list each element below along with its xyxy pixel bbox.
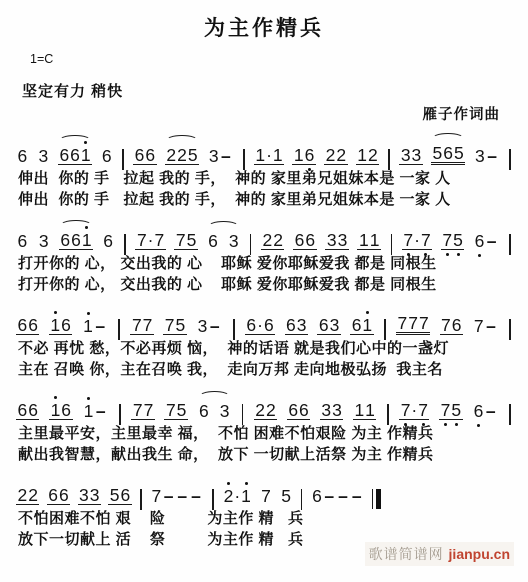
note-group: 16 bbox=[49, 316, 72, 335]
octave-dot-above bbox=[87, 312, 90, 315]
note-group: 22 bbox=[16, 486, 39, 505]
notes-row: 226633567–––2·1756––– bbox=[14, 471, 383, 507]
note-group: 66 bbox=[287, 401, 310, 420]
note-group: 75 bbox=[163, 316, 186, 335]
octave-dot-below bbox=[446, 253, 449, 256]
note-group: 7·7 bbox=[402, 231, 432, 250]
barline bbox=[509, 319, 511, 340]
note-group: 75 bbox=[164, 401, 187, 420]
note-group: 7––– bbox=[150, 487, 204, 505]
barline bbox=[119, 404, 121, 425]
note-group: 3 bbox=[37, 147, 50, 165]
note-group: 6·6 bbox=[245, 316, 275, 335]
note-group: 66 bbox=[47, 486, 70, 505]
note-group: 76 bbox=[440, 316, 463, 335]
octave-dot-above bbox=[227, 482, 230, 485]
barline bbox=[509, 404, 511, 425]
octave-dot-below bbox=[422, 423, 425, 426]
note-group: 75 bbox=[441, 231, 464, 250]
barline bbox=[509, 234, 511, 255]
octave-dot-below bbox=[455, 423, 458, 426]
note-group: 1·1 bbox=[254, 146, 284, 165]
note-group: 66 bbox=[16, 401, 39, 420]
notes-row: 66161–77756 3226633117·7756– bbox=[14, 386, 514, 422]
barline bbox=[388, 149, 390, 170]
watermark-url: jianpu.cn bbox=[449, 546, 510, 562]
note-group: 77 bbox=[130, 316, 153, 335]
note-group: 6 bbox=[16, 147, 29, 165]
notes-row: 6366167·7756 3226633117·7756– bbox=[14, 216, 514, 252]
octave-dot-below bbox=[444, 423, 447, 426]
note-group: 33 bbox=[325, 231, 348, 250]
note-group: 6 bbox=[102, 232, 115, 250]
octave-dot-below bbox=[407, 253, 410, 256]
octave-dot-above bbox=[85, 226, 88, 229]
octave-dot-above bbox=[366, 311, 369, 314]
note-group: 3– bbox=[473, 147, 499, 165]
note-group: 1– bbox=[82, 402, 108, 420]
barline bbox=[212, 489, 214, 510]
notes-row: 66161–77753–6·6636361777767– bbox=[14, 301, 514, 337]
lyrics-row: 打开你的 心， 交出我的 心 耶稣 爱你耶稣爱我 都是 同根生 bbox=[18, 254, 514, 273]
note-group: 6– bbox=[473, 232, 499, 250]
octave-dot-below bbox=[478, 254, 481, 257]
note-group: 11 bbox=[357, 231, 380, 250]
note-group: 33 bbox=[320, 401, 343, 420]
note-group: 22 bbox=[254, 401, 277, 420]
lyrics-row: 主在 召唤 你，主在召唤 我， 走向万邦 走向地极弘扬 我主名 bbox=[18, 360, 514, 379]
note-group: 7– bbox=[472, 317, 498, 335]
note-group: 225 bbox=[165, 146, 199, 165]
music-line-4: 66161–77756 3226633117·7756– 主里最平安，主里最幸 … bbox=[14, 386, 514, 464]
music-line-2: 6366167·7756 3226633117·7756– 打开你的 心， 交出… bbox=[14, 216, 514, 294]
score: 636616662253–1·1162212335653– 伸出 你的 手 拉起… bbox=[14, 131, 514, 549]
note-group: 33 bbox=[399, 146, 422, 165]
barline bbox=[124, 234, 126, 255]
barline bbox=[122, 149, 124, 170]
octave-dot-above bbox=[54, 311, 57, 314]
note-group: 12 bbox=[356, 146, 379, 165]
barline bbox=[233, 319, 235, 340]
note-group: 777 bbox=[396, 314, 430, 335]
watermark: 歌谱简谱网 jianpu.cn bbox=[365, 542, 514, 566]
note-group: 66 bbox=[293, 231, 316, 250]
note-group: 3– bbox=[207, 147, 233, 165]
octave-dot-below bbox=[477, 424, 480, 427]
note-group: 33 bbox=[78, 486, 101, 505]
note-group: 3 bbox=[37, 232, 50, 250]
octave-dot-above bbox=[87, 397, 90, 400]
notes-row: 636616662253–1·1162212335653– bbox=[14, 131, 514, 167]
slur-arc bbox=[208, 221, 239, 232]
lyrics-row: 伸出 你的 手 拉起 我的 手， 神的 家里弟兄姐妹本是 一家 人 bbox=[18, 190, 514, 209]
sheet-music-page: 为主作精兵 1=C 坚定有力 稍快 雁子作词曲 636616662253–1·1… bbox=[0, 0, 528, 582]
slur-arc bbox=[199, 391, 230, 402]
note-group: 63 bbox=[317, 316, 340, 335]
note-group: 7·7 bbox=[399, 401, 429, 420]
tempo-marking: 坚定有力 稍快 bbox=[22, 80, 514, 101]
note-group: 61 bbox=[350, 316, 373, 335]
note-group: 7 bbox=[260, 487, 273, 505]
note-group: 6 3 bbox=[207, 232, 240, 250]
note-group: 6– bbox=[472, 402, 498, 420]
lyrics-row: 不怕困难不怕 艰 险 为主作 精 兵 bbox=[18, 509, 514, 528]
note-group: 11 bbox=[353, 401, 376, 420]
note-group: 6 3 bbox=[198, 402, 231, 420]
song-title: 为主作精兵 bbox=[14, 0, 514, 42]
note-group: 6 bbox=[16, 232, 29, 250]
note-group: 22 bbox=[324, 146, 347, 165]
octave-dot-above bbox=[84, 141, 87, 144]
note-group: 66 bbox=[133, 146, 156, 165]
note-group: 22 bbox=[261, 231, 284, 250]
barline bbox=[387, 404, 389, 425]
octave-dot-above bbox=[245, 482, 248, 485]
note-group: 6––– bbox=[311, 487, 365, 505]
lyrics-row: 不必 再忧 愁，不必再烦 恼， 神的话语 就是我们心中的一盏灯 bbox=[18, 339, 514, 358]
note-group: 2·1 bbox=[222, 487, 252, 505]
note-group: 661 bbox=[59, 231, 93, 250]
music-line-5: 226633567–––2·1756––– 不怕困难不怕 艰 险 为主作 精 兵… bbox=[14, 471, 514, 549]
note-group: 75 bbox=[174, 231, 197, 250]
octave-dot-below bbox=[457, 253, 460, 256]
barline bbox=[140, 489, 142, 510]
barline bbox=[118, 319, 120, 340]
composer-credit: 雁子作词曲 bbox=[14, 103, 500, 124]
key-signature: 1=C bbox=[30, 52, 514, 66]
octave-dot-above bbox=[54, 396, 57, 399]
barline bbox=[243, 149, 245, 170]
slur-arc bbox=[432, 133, 463, 144]
barline bbox=[242, 404, 244, 425]
lyrics-row: 伸出 你的 手 拉起 我的 手， 神的 家里弟兄姐妹本是 一家 人 bbox=[18, 169, 514, 188]
note-group: 56 bbox=[108, 486, 131, 505]
lyrics-row: 打开你的 心， 交出我的 心 耶稣 爱你耶稣爱我 都是 同根生 bbox=[18, 275, 514, 294]
note-group: 661 bbox=[58, 146, 92, 165]
lyrics-row: 主里最平安，主里最幸 福， 不怕 困难不怕艰险 为主 作精兵 bbox=[18, 424, 514, 443]
octave-dot-below bbox=[308, 168, 311, 171]
barline bbox=[384, 319, 386, 340]
barline bbox=[301, 489, 303, 510]
note-group: 7·7 bbox=[135, 231, 165, 250]
note-group: 16 bbox=[292, 146, 315, 165]
barline bbox=[391, 234, 393, 255]
note-group: 1– bbox=[82, 317, 108, 335]
note-group: 75 bbox=[439, 401, 462, 420]
note-group: 66 bbox=[16, 316, 39, 335]
note-group: 565 bbox=[431, 144, 465, 165]
note-group: 6 bbox=[100, 147, 113, 165]
note-group: 3– bbox=[196, 317, 222, 335]
barline bbox=[509, 149, 511, 170]
slur-arc bbox=[166, 135, 197, 146]
music-line-3: 66161–77753–6·6636361777767– 不必 再忧 愁，不必再… bbox=[14, 301, 514, 379]
note-group: 5 bbox=[280, 487, 293, 505]
final-barline bbox=[372, 489, 381, 509]
barline bbox=[250, 234, 252, 255]
note-group: 16 bbox=[49, 401, 72, 420]
lyrics-row: 献出我智慧，献出我生 命， 放下 一切献上活祭 为主 作精兵 bbox=[18, 445, 514, 464]
note-group: 77 bbox=[131, 401, 154, 420]
music-line-1: 636616662253–1·1162212335653– 伸出 你的 手 拉起… bbox=[14, 131, 514, 209]
watermark-site: 歌谱简谱网 bbox=[369, 546, 444, 562]
note-group: 63 bbox=[285, 316, 308, 335]
